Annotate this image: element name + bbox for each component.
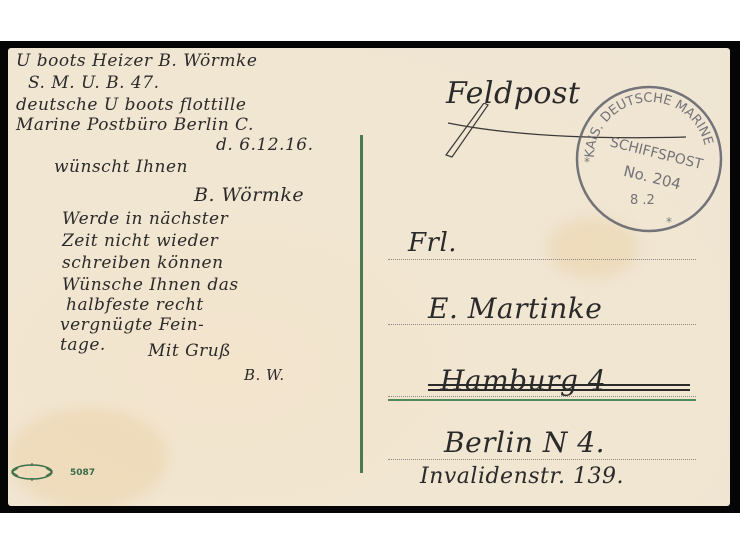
message-initials: B. W. [244, 364, 285, 386]
message-line: wünscht Ihnen [54, 156, 188, 178]
postmark-stamp: KAIS. DEUTSCHE MARINE SCHIFFSPOST No. 20… [574, 84, 724, 234]
green-divider-line [360, 135, 363, 473]
message-line: d. 6.12.16. [216, 134, 313, 156]
message-line: schreiben können [62, 252, 224, 274]
star-icon: * [584, 155, 590, 169]
message-line: halbfeste recht [66, 294, 204, 316]
message-closing: Mit Gruß [148, 340, 231, 362]
street-address: Invalidenstr. 139. [420, 464, 624, 489]
message-line: Wünsche Ihnen das [62, 274, 239, 296]
postmark-number: No. 204 [622, 162, 683, 194]
message-line: vergnügte Fein- [60, 314, 204, 336]
address-line-2 [388, 324, 696, 325]
recipient-name: E. Martinke [428, 292, 602, 325]
paper-stain [8, 408, 168, 506]
address-line-1 [388, 259, 696, 260]
green-underline [388, 399, 696, 401]
crossed-out-city: Hamburg 4 [440, 364, 606, 397]
strike-through-line [428, 389, 690, 391]
message-line: Marine Postbüro Berlin C. [16, 114, 254, 136]
destination-city: Berlin N 4. [444, 426, 605, 459]
catalog-number: 5087 [70, 468, 95, 478]
strike-through-line [428, 384, 690, 386]
message-line: tage. [60, 334, 106, 356]
message-line: Zeit nicht wieder [62, 230, 218, 252]
message-signature: B. Wörmke [194, 184, 304, 206]
postmark-middle-text: SCHIFFSPOST [608, 134, 704, 173]
address-line-3 [388, 396, 696, 397]
publisher-logo-icon [10, 462, 54, 482]
star-icon: * [666, 215, 672, 229]
address-line-4 [388, 459, 696, 460]
message-line: U boots Heizer B. Wörmke [16, 50, 257, 72]
message-line: Werde in nächster [62, 208, 228, 230]
message-line: deutsche U boots flottille [16, 94, 246, 116]
salutation: Frl. [408, 228, 457, 258]
postmark-date: 8 .2 [630, 193, 655, 208]
message-line: S. M. U. B. 47. [28, 72, 159, 94]
postcard: U boots Heizer B. Wörmke S. M. U. B. 47.… [8, 48, 730, 506]
